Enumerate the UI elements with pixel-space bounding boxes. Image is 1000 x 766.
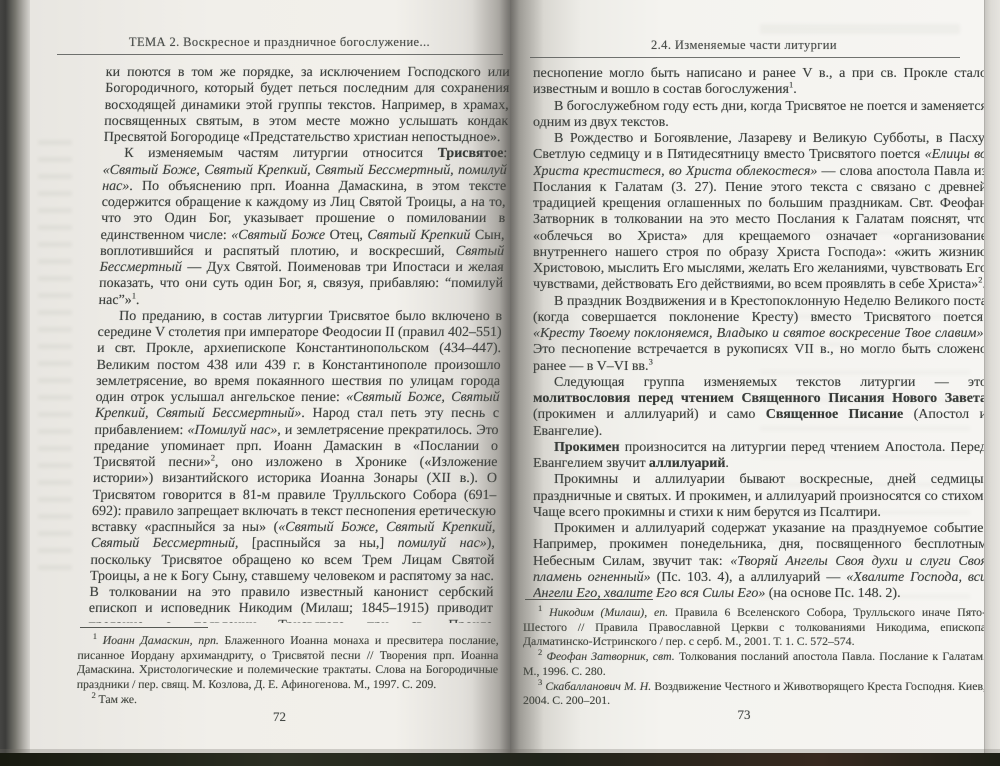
left-page: ТЕМА 2. Воскресное и праздничное богослу… [30, 0, 510, 753]
right-running-head-text: 2.4. Изменяемые части литургии [651, 38, 837, 52]
body-paragraph: Прокимен и аллилуарий содержат указание … [533, 521, 987, 602]
footnote: 2 Феофан Затворник, свт. Толкования посл… [523, 649, 986, 678]
left-running-head: ТЕМА 2. Воскресное и праздничное богослу… [57, 35, 502, 50]
left-running-head-text: ТЕМА 2. Воскресное и праздничное богослу… [129, 35, 430, 49]
footnote-separator [80, 627, 208, 628]
body-paragraph: песнопение могло быть написано и ранее V… [533, 66, 987, 99]
body-paragraph: К изменяемым частям литургии относится Т… [98, 146, 507, 309]
scan-edge-left [0, 0, 30, 753]
left-header-rule [57, 54, 503, 55]
footnote: 2 Там же. [76, 692, 497, 707]
body-paragraph: Прокимны и аллилуарии бывают воскресные,… [533, 472, 987, 521]
body-paragraph: Следующая группа изменяемых текстов литу… [533, 375, 987, 440]
right-page: 2.4. Изменяемые части литургии песнопени… [510, 0, 985, 753]
right-footnote-list: 1 Никодим (Милаш), еп. Правила 6 Вселенс… [523, 605, 986, 708]
page-edge-right [984, 0, 1000, 753]
body-paragraph: ки поются в том же порядке, за исключени… [103, 65, 510, 146]
body-paragraph: В Рождество и Богоявление, Лазареву и Ве… [533, 131, 987, 294]
bleedthrough-artifact [38, 140, 72, 570]
footnote: 3 Скабалланович М. Н. Воздвижение Честно… [523, 679, 986, 708]
footnote-separator [525, 599, 653, 600]
right-running-head: 2.4. Изменяемые части литургии [530, 38, 958, 53]
footnote: 1 Иоанн Дамаскин, прп. Блаженного Иоанна… [77, 633, 499, 692]
footnote: 1 Никодим (Милаш), еп. Правила 6 Вселенс… [523, 605, 986, 649]
left-page-body: ки поются в том же порядке, за исключени… [88, 65, 510, 623]
bleedthrough-artifact [760, 24, 960, 34]
left-footnote-list: 1 Иоанн Дамаскин, прп. Блаженного Иоанна… [76, 633, 499, 707]
right-header-rule [530, 57, 960, 58]
page-number-right: 73 [530, 707, 958, 723]
left-page-footnotes: 1 Иоанн Дамаскин, прп. Блаженного Иоанна… [76, 627, 499, 707]
right-page-footnotes: 1 Никодим (Милаш), еп. Правила 6 Вселенс… [523, 599, 986, 708]
body-paragraph: Прокимен произносится на литургии перед … [533, 440, 987, 473]
body-paragraph: В праздник Воздвижения и в Крестопоклонн… [533, 294, 987, 375]
body-paragraph: В богослужебном году есть дни, когда Три… [533, 99, 987, 132]
body-paragraph: По преданию, в состав литургии Трисвятое… [88, 309, 502, 623]
right-page-body: песнопение могло быть написано и ранее V… [533, 66, 987, 618]
page-number-left: 72 [57, 709, 502, 725]
scan-edge-bottom [0, 753, 1000, 766]
